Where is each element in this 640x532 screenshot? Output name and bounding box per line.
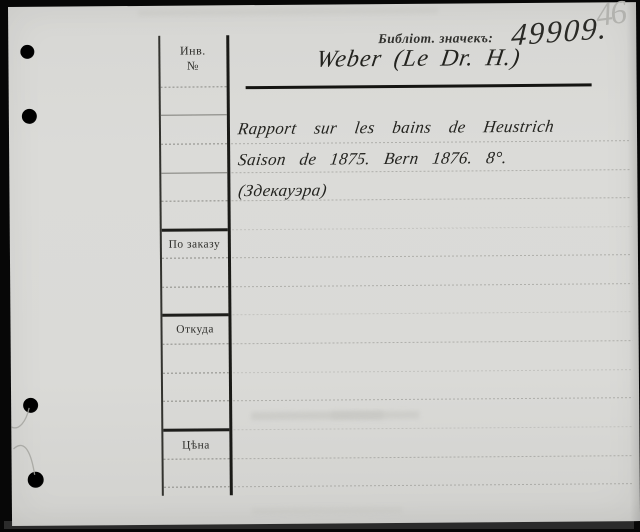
field-label-inventory: Инв. № — [158, 43, 227, 74]
rule-line — [162, 286, 228, 288]
punch-hole — [23, 398, 38, 413]
rule-line — [161, 86, 227, 88]
corner-pencil-mark: 46 — [594, 0, 628, 35]
scanned-catalog-card-page: Инв. № По заказу Откуда Цѣна Библіот. зн… — [0, 0, 640, 532]
field-label-inventory-line2: № — [158, 58, 227, 74]
section-divider — [162, 228, 228, 232]
field-label-by-order: По заказу — [160, 238, 229, 251]
field-label-origin: Откуда — [160, 323, 229, 336]
punch-hole — [28, 472, 44, 488]
writing-line — [234, 455, 634, 459]
rule-line — [163, 400, 229, 402]
entry-line-2: Saison de 1875. Bern 1876. 8°. — [237, 148, 508, 170]
scan-ghost-streak — [331, 411, 419, 420]
scan-ghost-streak — [138, 8, 438, 16]
table-left-border — [158, 36, 164, 496]
rule-line — [164, 486, 230, 488]
writing-line — [234, 483, 634, 487]
card-edge-shading — [626, 2, 640, 521]
rule-line — [161, 172, 227, 174]
section-divider — [162, 313, 228, 317]
writing-line — [233, 369, 633, 373]
entry-line-3: (Здекауэра) — [237, 180, 328, 201]
rule-line — [163, 343, 229, 345]
rule-line — [163, 372, 229, 374]
writing-line — [233, 426, 633, 430]
entry-line-1: Rapport sur les bains de Heustrich — [237, 117, 556, 140]
catalog-card: Инв. № По заказу Откуда Цѣна Библіот. зн… — [8, 2, 640, 526]
rule-line — [162, 200, 228, 202]
punch-hole — [20, 45, 34, 59]
writing-line — [232, 226, 632, 230]
writing-line — [232, 254, 632, 258]
section-divider — [163, 428, 229, 432]
title-underline — [246, 83, 592, 89]
writing-line — [233, 397, 633, 401]
writing-line — [233, 340, 633, 344]
rule-line — [161, 114, 227, 116]
rule-line — [162, 257, 228, 259]
rule-line — [164, 458, 230, 460]
punch-hole — [22, 109, 37, 124]
field-label-inventory-line1: Инв. — [158, 43, 227, 59]
scan-ghost-streak — [252, 507, 402, 515]
writing-line — [232, 283, 632, 287]
table-right-border — [226, 35, 233, 495]
author-title-line: Weber (Le Dr. H.) — [241, 44, 595, 74]
writing-line — [231, 140, 631, 144]
rule-line — [161, 143, 227, 145]
writing-line — [232, 311, 632, 315]
scratch-marks — [8, 7, 72, 526]
field-label-price: Цѣна — [161, 439, 230, 452]
